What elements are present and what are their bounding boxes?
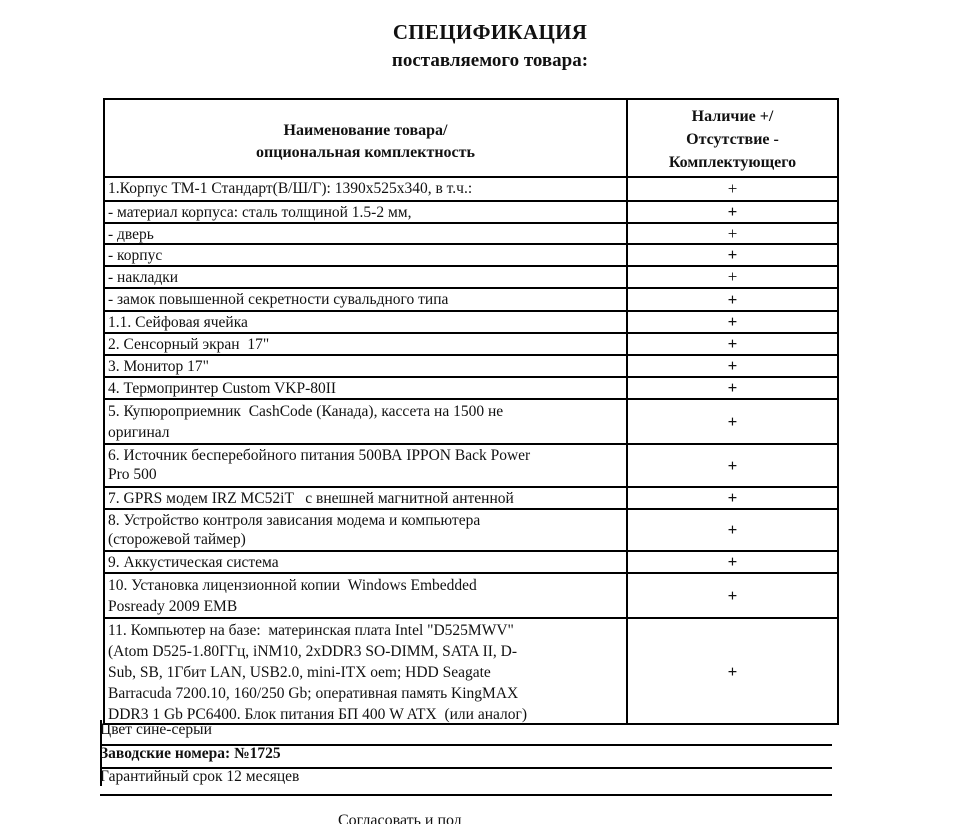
table-row: 2. Сенсорный экран 17"+ — [105, 332, 837, 354]
row-item-name: - корпус — [105, 245, 624, 265]
row-availability-mark: + — [628, 552, 837, 572]
approval-text-cut: Согласовать и под — [338, 812, 462, 824]
row-item-name: 1.1. Сейфовая ячейка — [105, 312, 624, 332]
row-item-name: 8. Устройство контроля зависания модема … — [105, 510, 624, 550]
row-availability-mark: + — [628, 202, 837, 222]
table-row: - корпус+ — [105, 243, 837, 265]
table-row: 6. Источник бесперебойного питания 500ВА… — [105, 443, 837, 486]
table-row: 3. Монитор 17"+ — [105, 354, 837, 376]
header-name-label: Наименование товара/ опциональная компле… — [256, 120, 475, 164]
footer-color: Цвет сине-серый — [100, 721, 212, 739]
row-item-name: 9. Аккустическая система — [105, 552, 624, 572]
footer-serial-numbers: Заводские номера: №1725 — [100, 745, 281, 763]
table-row: 9. Аккустическая система+ — [105, 550, 837, 572]
document-title: СПЕЦИФИКАЦИЯ — [0, 20, 962, 45]
row-item-name: - материал корпуса: сталь толщиной 1.5-2… — [105, 202, 624, 222]
table-row: 10. Установка лицензионной копии Windows… — [105, 572, 837, 617]
row-availability-mark: + — [628, 178, 837, 200]
document-subtitle: поставляемого товара: — [0, 50, 962, 72]
row-availability-mark: + — [628, 510, 837, 550]
header-name: Наименование товара/ опциональная компле… — [105, 100, 626, 178]
footer-divider — [100, 794, 832, 796]
table-row: 8. Устройство контроля зависания модема … — [105, 508, 837, 550]
row-availability-mark: + — [628, 312, 837, 332]
row-availability-mark: + — [628, 619, 837, 725]
specification-table: Наименование товара/ опциональная компле… — [103, 98, 839, 725]
row-item-name: 7. GPRS модем IRZ MC52iT с внешней магни… — [105, 488, 624, 508]
row-availability-mark: + — [628, 378, 837, 398]
row-item-name: - замок повышенной секретности сувальдно… — [105, 289, 624, 310]
table-row: 7. GPRS модем IRZ MC52iT с внешней магни… — [105, 486, 837, 508]
row-item-name: 3. Монитор 17" — [105, 356, 624, 376]
row-item-name: 2. Сенсорный экран 17" — [105, 334, 624, 354]
footer-warranty: Гарантийный срок 12 месяцев — [100, 768, 299, 786]
table-row: - дверь+ — [105, 222, 837, 243]
row-item-name: 5. Купюроприемник CashCode (Канада), кас… — [105, 400, 624, 443]
row-item-name: - накладки — [105, 267, 624, 287]
row-availability-mark: + — [628, 267, 837, 287]
table-row: - замок повышенной секретности сувальдно… — [105, 287, 837, 310]
row-availability-mark: + — [628, 488, 837, 508]
header-availability: Наличие +/ Отсутствие - Комплектующего — [628, 100, 837, 178]
row-item-name: - дверь — [105, 224, 624, 243]
row-availability-mark: + — [628, 289, 837, 310]
table-row: 1.1. Сейфовая ячейка+ — [105, 310, 837, 332]
header-availability-label: Наличие +/ Отсутствие - Комплектующего — [669, 105, 796, 174]
row-availability-mark: + — [628, 245, 837, 265]
row-item-name: 6. Источник бесперебойного питания 500ВА… — [105, 445, 624, 486]
table-row: 4. Термопринтер Custom VKP-80II+ — [105, 376, 837, 398]
table-row: - накладки+ — [105, 265, 837, 287]
table-row: 1.Корпус ТМ-1 Стандарт(В/Ш/Г): 1390x525x… — [105, 176, 837, 200]
row-item-name: 11. Компьютер на базе: материнская плата… — [105, 619, 624, 725]
row-item-name: 1.Корпус ТМ-1 Стандарт(В/Ш/Г): 1390x525x… — [105, 178, 624, 200]
table-row: 5. Купюроприемник CashCode (Канада), кас… — [105, 398, 837, 443]
table-row: 11. Компьютер на базе: материнская плата… — [105, 617, 837, 725]
row-availability-mark: + — [628, 356, 837, 376]
row-availability-mark: + — [628, 224, 837, 243]
row-availability-mark: + — [628, 445, 837, 486]
row-availability-mark: + — [628, 400, 837, 443]
row-item-name: 4. Термопринтер Custom VKP-80II — [105, 378, 624, 398]
row-availability-mark: + — [628, 334, 837, 354]
table-row: - материал корпуса: сталь толщиной 1.5-2… — [105, 200, 837, 222]
row-item-name: 10. Установка лицензионной копии Windows… — [105, 574, 624, 617]
row-availability-mark: + — [628, 574, 837, 617]
